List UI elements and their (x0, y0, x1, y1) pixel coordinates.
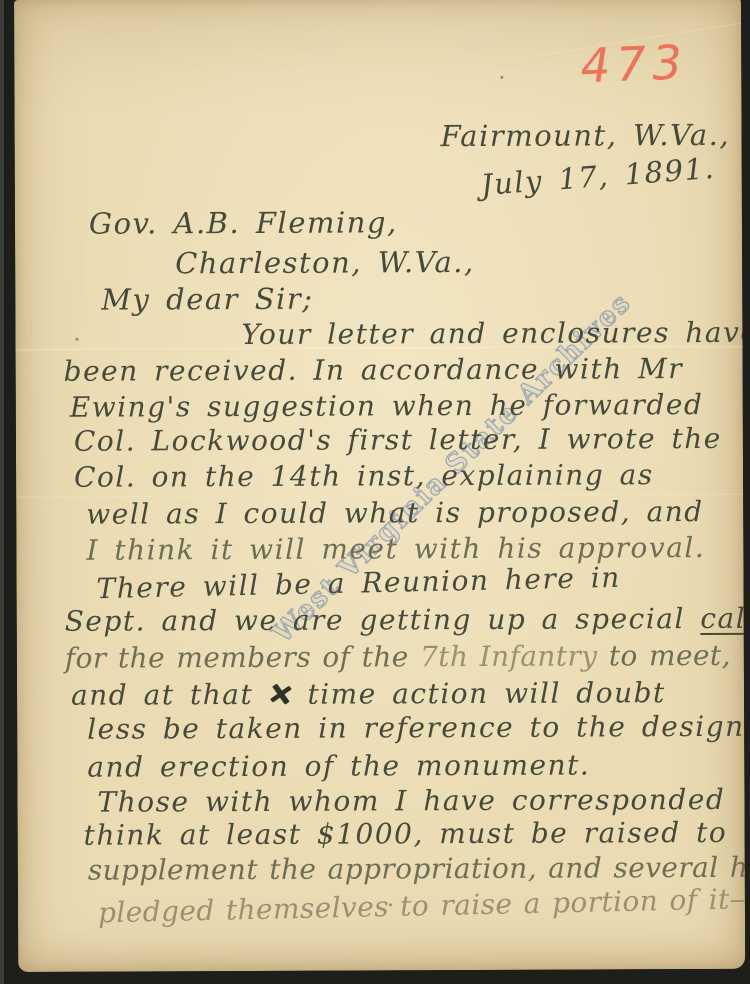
body-line-text: and at that (71, 678, 269, 712)
body-line: Col. Lockwood's first letter, I wrote th… (74, 423, 722, 458)
body-line: Your letter and enclosures have (241, 317, 745, 351)
archive-number: 473 (579, 35, 689, 94)
scan-background: 473 West Virginia State Archives Fairmou… (0, 0, 750, 984)
underlined-word: call (700, 602, 745, 635)
body-line: been received. In accordance with Mr (64, 353, 684, 388)
body-line: less be taken in reference to the design (87, 711, 745, 746)
body-line: well as I could what is proposed, and (86, 496, 704, 531)
body-line: and at that ✕ time action will doubt (71, 677, 666, 712)
paper-speck (500, 76, 503, 79)
letter-page: 473 West Virginia State Archives Fairmou… (14, 0, 745, 972)
body-line: for the members of the 7th Infantry to m… (65, 640, 731, 675)
addressee-city: Charleston, W.Va., (175, 246, 475, 281)
body-line-text: to meet, (597, 639, 731, 673)
body-line: and erection of the monument. (87, 749, 590, 783)
salutation: My dear Sir; (101, 283, 313, 317)
body-line: Ewing's suggestion when he forwarded (70, 389, 704, 424)
body-line: Sept. and we are getting up a special ca… (65, 603, 746, 638)
dateline-place: Fairmount, W.Va., (441, 119, 731, 154)
addressee-name: Gov. A.B. Fleming, (89, 206, 398, 241)
dateline-date: July 17, 1891. (480, 152, 716, 203)
body-line-text: for the members of the (65, 640, 420, 675)
body-line: supplement the appropriation, and severa… (88, 852, 746, 887)
body-line: pledged themselves to raise a portion of… (98, 883, 746, 930)
body-line: think at least $1000, must be raised to (84, 817, 728, 852)
inkblot-strikeout: ✕ (266, 677, 295, 713)
body-line: Col. on the 14th inst, explaining as (74, 459, 654, 494)
faded-words: 7th Infantry (420, 639, 598, 673)
body-line: There will be a Reunion here in (96, 562, 621, 606)
body-line-text: time action will doubt (307, 676, 665, 711)
body-line-text: Sept. and we are getting up a special (65, 602, 701, 638)
paper-speck (75, 338, 78, 341)
body-line: Those with whom I have corresponded (97, 784, 725, 819)
